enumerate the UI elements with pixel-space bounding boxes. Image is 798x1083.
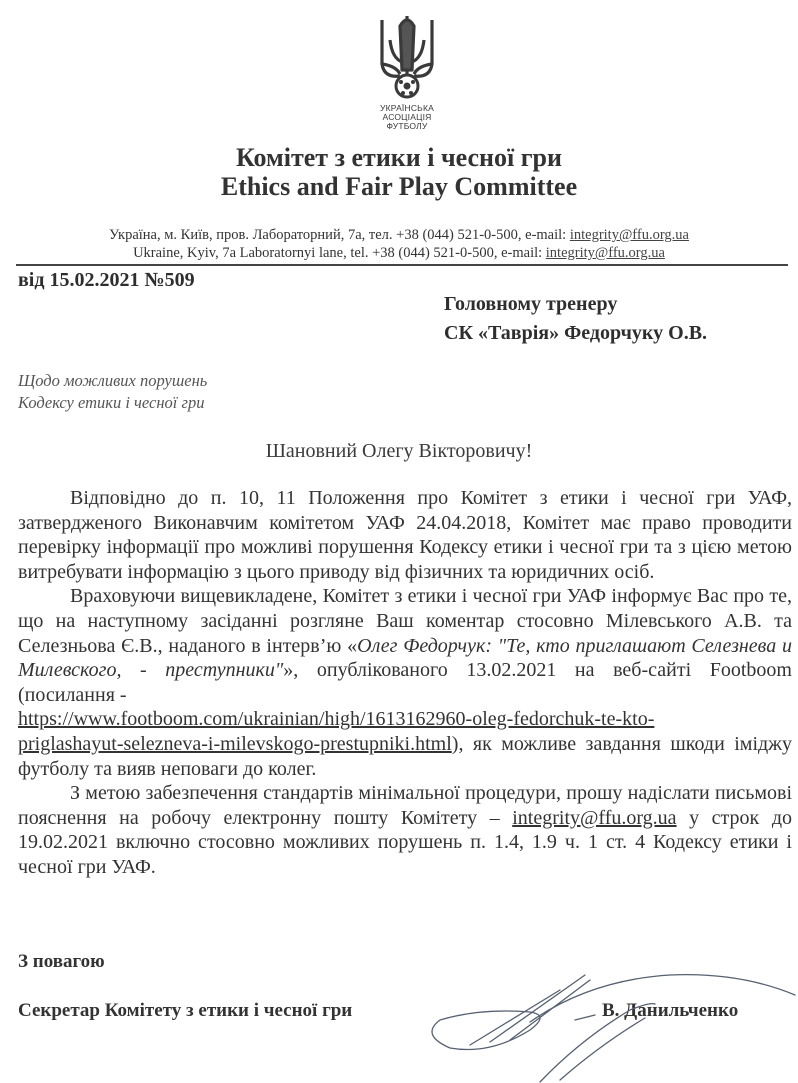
email-link[interactable]: integrity@ffu.org.ua [570,227,689,243]
committee-title-ua: Комітет з етики і чесної гри [0,143,798,173]
ffu-trident-logo-icon [372,12,442,104]
document-reference: від 15.02.2021 №509 [18,269,195,292]
salutation: Шановний Олегу Вікторовичу! [0,440,798,463]
address-ua: Україна, м. Київ, пров. Лабораторний, 7а… [0,226,798,244]
subject-line-1: Щодо можливих порушень [18,371,207,391]
committee-title-en: Ethics and Fair Play Committee [0,172,798,202]
address-en: Ukraine, Kyiv, 7a Laboratornyi lane, tel… [0,244,798,262]
paragraph-2: Враховуючи вищевикладене, Комітет з етик… [18,584,792,781]
addressee-line-2: СК «Таврія» Федорчуку О.В. [444,322,707,345]
address-en-text: Ukraine, Kyiv, 7a Laboratornyi lane, tel… [133,245,546,261]
paragraph-1: Відповідно до п. 10, 11 Положення про Ко… [18,486,792,584]
address-ua-text: Україна, м. Київ, пров. Лабораторний, 7а… [109,227,570,243]
committee-email-link[interactable]: integrity@ffu.org.ua [512,807,676,829]
ffu-logo: УКРАЇНСЬКА АСОЦІАЦІЯ ФУТБОЛУ [362,12,452,137]
subject-line-2: Кодексу етики і чесної гри [18,393,204,413]
paragraph-3: З метою забезпечення стандартів мінімаль… [18,781,792,879]
addressee-line-1: Головному тренеру [444,293,617,316]
signatory-title: Секретар Комітету з етики і чесної гри [18,1000,352,1022]
closing-regards: З повагою [18,951,105,973]
handwritten-signature-icon [410,960,798,1083]
footboom-article-link[interactable]: priglashayut-selezneva-i-milevskogo-pres… [18,733,452,755]
letter-body: Відповідно до п. 10, 11 Положення про Ко… [18,486,792,880]
email-link[interactable]: integrity@ffu.org.ua [546,245,665,261]
header-divider [16,264,788,266]
logo-text-line: ФУТБОЛУ [362,122,452,131]
footboom-article-link[interactable]: https://www.footboom.com/ukrainian/high/… [18,707,792,732]
